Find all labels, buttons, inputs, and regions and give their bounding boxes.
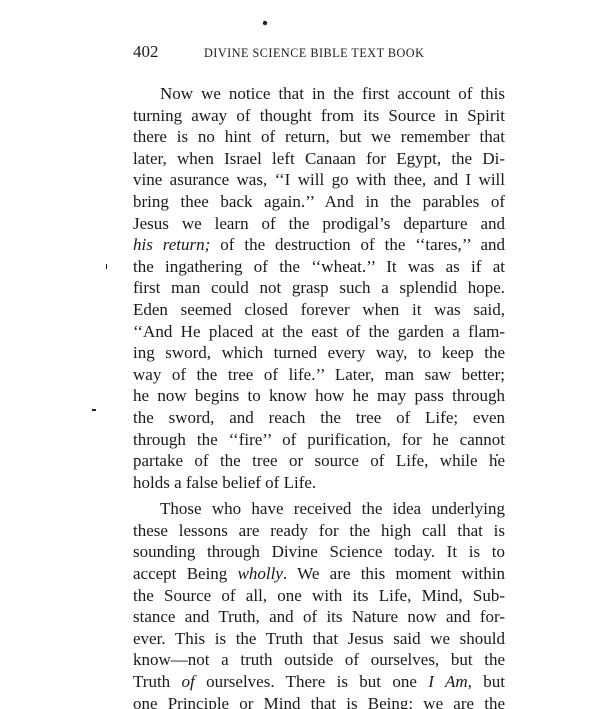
text-line: way of the tree of life.’’ Later, man sa… bbox=[133, 364, 505, 386]
text-line: through the ‘‘fire’’ of purification, fo… bbox=[133, 429, 505, 451]
text-line: first man could not grasp such a splendi… bbox=[133, 277, 505, 299]
running-head: DIVINE SCIENCE BIBLE TEXT BOOK bbox=[204, 46, 424, 61]
text-line: Jesus we learn of the prodigal’s departu… bbox=[133, 213, 505, 235]
text-line: his return; of the destruction of the ‘‘… bbox=[133, 234, 505, 256]
text-line: he now begins to know how he may pass th… bbox=[133, 385, 505, 407]
page-header: 402 DIVINE SCIENCE BIBLE TEXT BOOK bbox=[133, 42, 505, 62]
text-line: bring thee back again.’’ And in the para… bbox=[133, 191, 505, 213]
text-line: accept Being wholly. We are this moment … bbox=[133, 563, 505, 585]
text-line: there is no hint of return, but we remem… bbox=[133, 126, 505, 148]
text-line: the sword, and reach the tree of Life; e… bbox=[133, 407, 505, 429]
italic-emphasis: I Am, bbox=[428, 672, 472, 691]
paragraph-2: Those who have received the idea underly… bbox=[133, 498, 505, 709]
text-line: vine asurance was, ‘‘I will go with thee… bbox=[133, 169, 505, 191]
text-line: Truth of ourselves. There is but one I A… bbox=[133, 671, 505, 693]
text-line: ever. This is the Truth that Jesus said … bbox=[133, 628, 505, 650]
scan-speck bbox=[92, 409, 96, 411]
text-line: Those who have received the idea underly… bbox=[133, 498, 505, 520]
text-line: partake of the tree or source of Life, w… bbox=[133, 450, 505, 472]
italic-emphasis: his return; bbox=[133, 235, 210, 254]
paragraph-1: Now we notice that in the first account … bbox=[133, 83, 505, 493]
text-line: know—not a truth outside of ourselves, b… bbox=[133, 649, 505, 671]
text-line: the Source of all, one with its Life, Mi… bbox=[133, 585, 505, 607]
text-line: Now we notice that in the first account … bbox=[133, 83, 505, 105]
text-line: sounding through Divine Science today. I… bbox=[133, 541, 505, 563]
page-number: 402 bbox=[133, 42, 159, 62]
text-line: holds a false belief of Life. bbox=[133, 472, 505, 494]
text-line: turning away of thought from its Source … bbox=[133, 105, 505, 127]
text-line: ing sword, which turned every way, to ke… bbox=[133, 342, 505, 364]
text-line: one Principle or Mind that is Being; we … bbox=[133, 693, 505, 709]
text-line: Eden seemed closed forever when it was s… bbox=[133, 299, 505, 321]
italic-emphasis: of bbox=[182, 672, 195, 691]
italic-emphasis: wholly bbox=[238, 564, 283, 583]
text-line: these lessons are ready for the high cal… bbox=[133, 520, 505, 542]
text-line: the ingathering of the ‘‘wheat.’’ It was… bbox=[133, 256, 505, 278]
scan-speck bbox=[262, 20, 267, 25]
text-line: ‘‘And He placed at the east of the garde… bbox=[133, 321, 505, 343]
scan-speck bbox=[106, 264, 107, 269]
body-text: Now we notice that in the first account … bbox=[133, 83, 505, 709]
text-line: later, when Israel left Canaan for Egypt… bbox=[133, 148, 505, 170]
text-line: stance and Truth, and of its Nature now … bbox=[133, 606, 505, 628]
